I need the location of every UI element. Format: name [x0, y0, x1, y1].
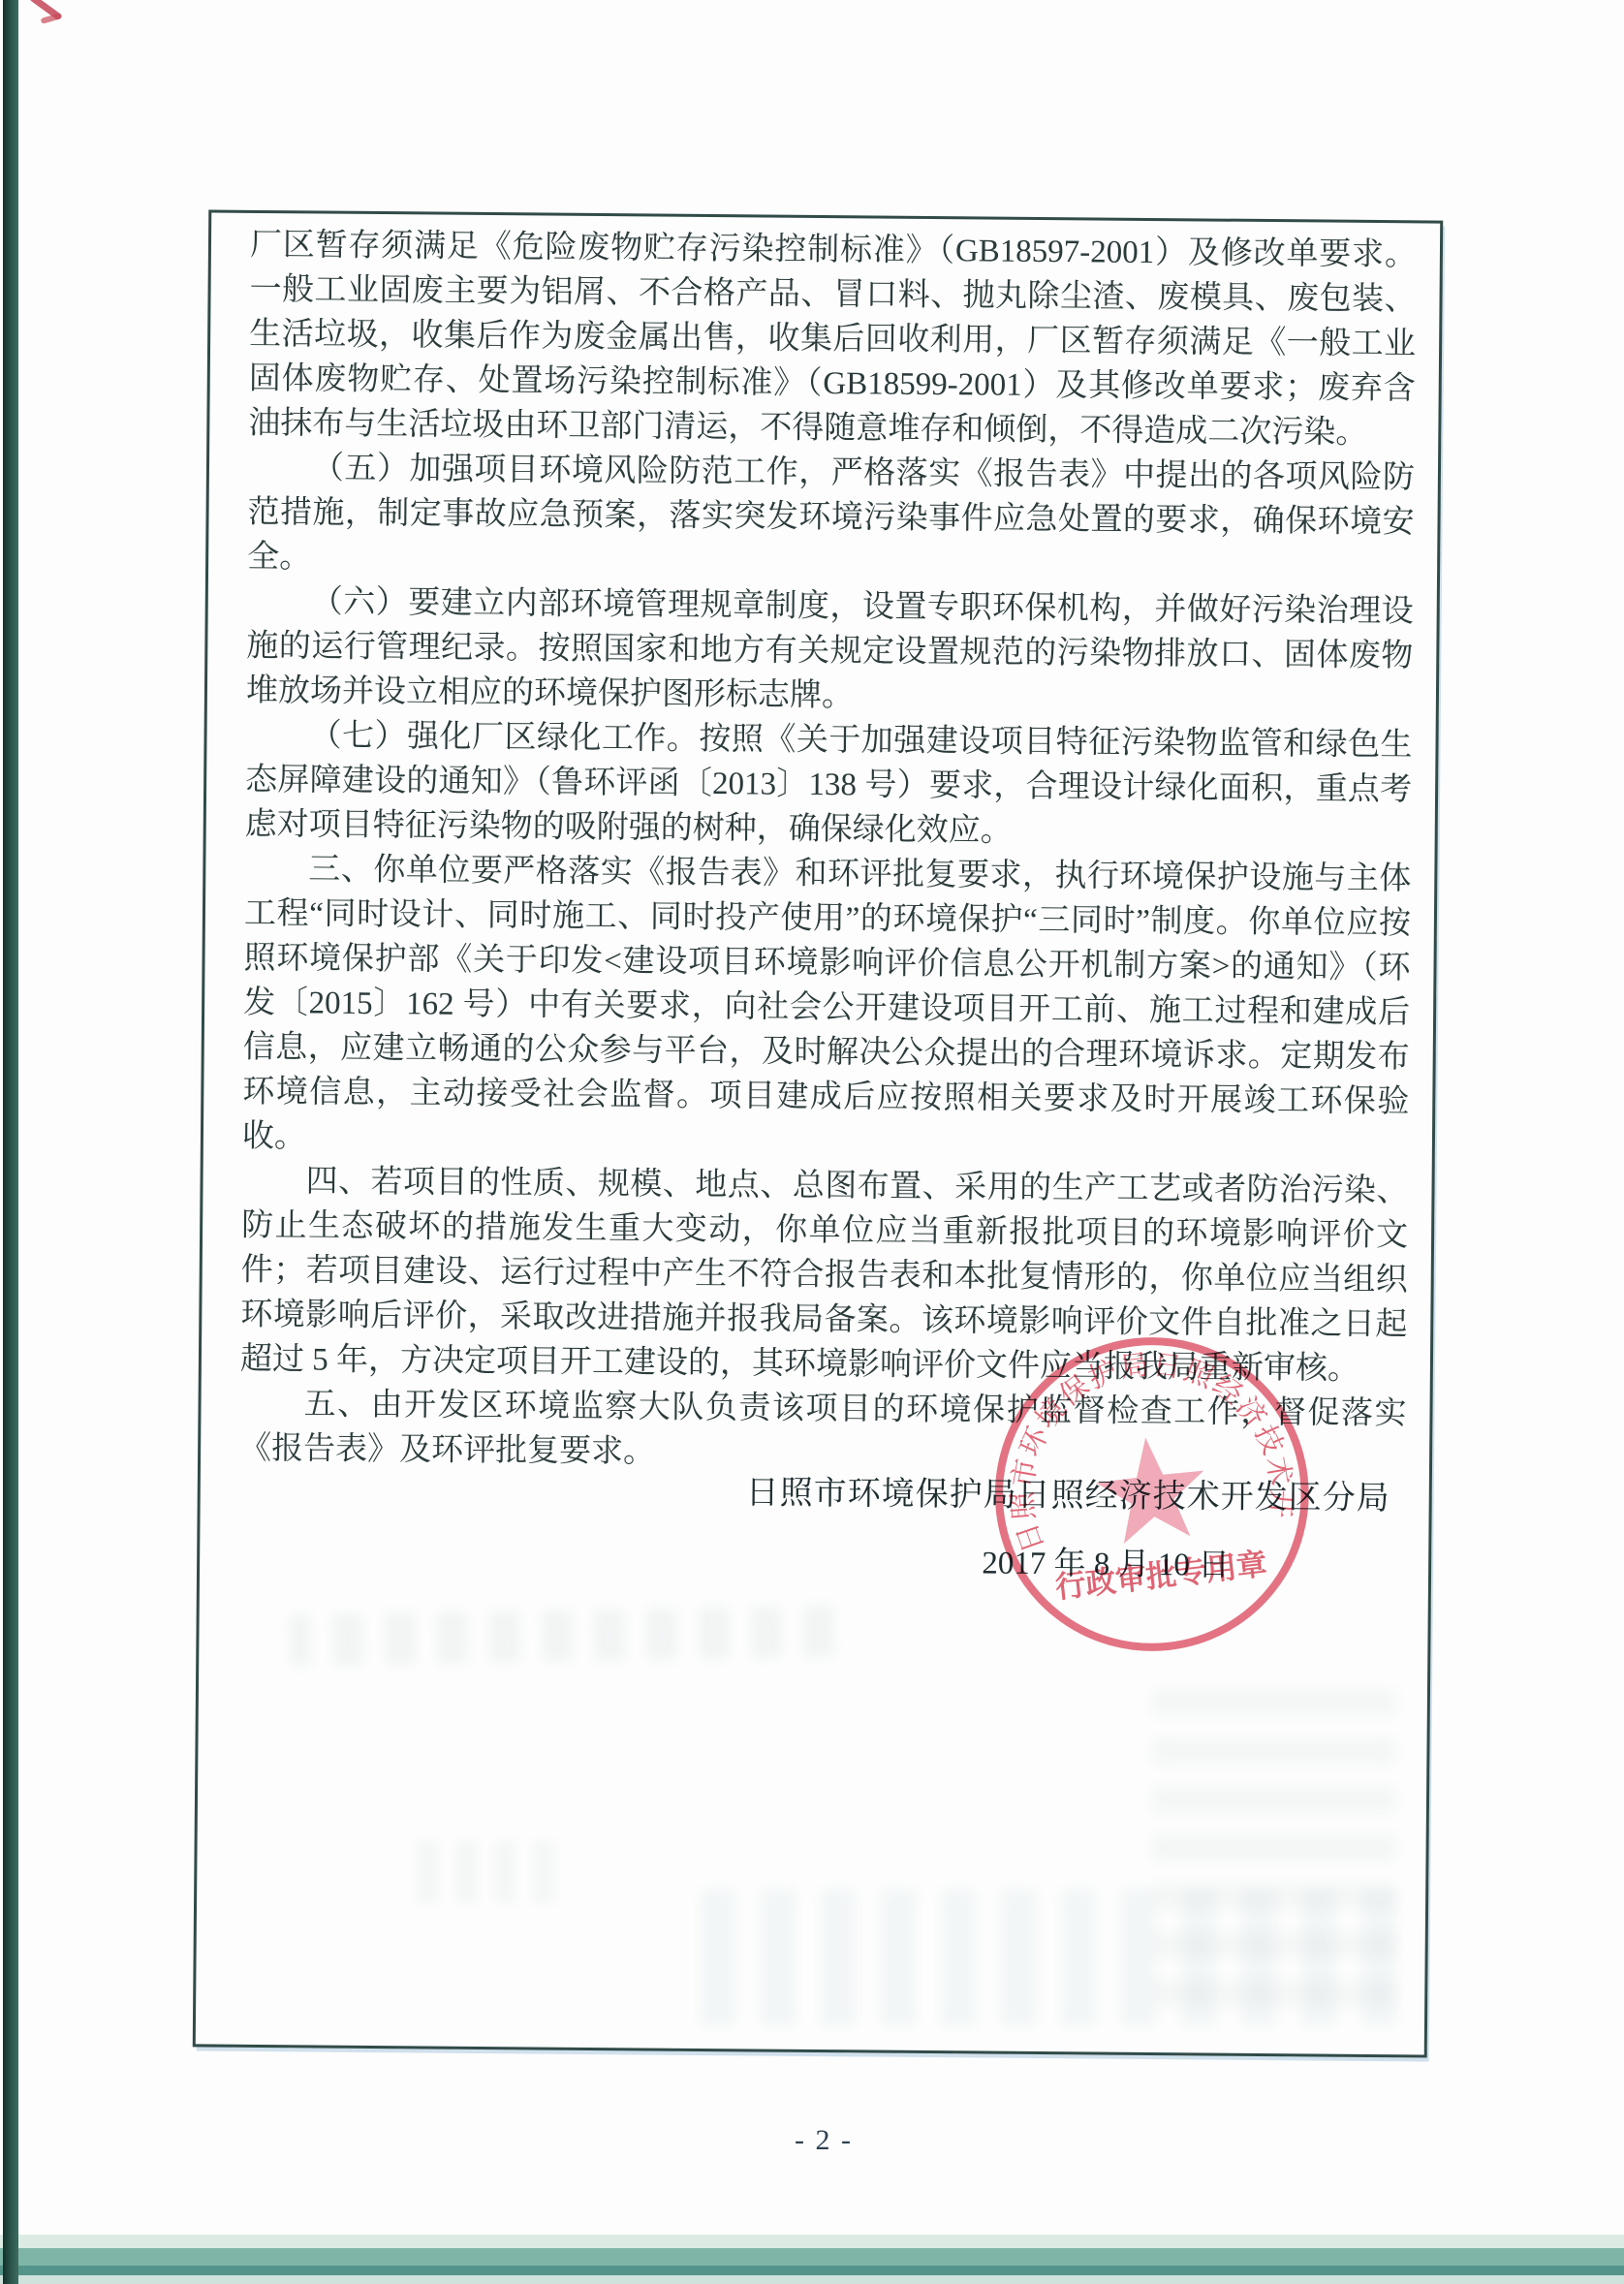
scan-edge-bottom-band [0, 2266, 1624, 2275]
scan-edge-bottom-band [0, 2248, 1624, 2266]
scan-edge-bottom-band [0, 2235, 1624, 2248]
stamp-star [1092, 1431, 1211, 1546]
scan-edge-left-band [3, 0, 18, 2284]
page-number: - 2 - [756, 2124, 891, 2157]
paragraph: （七）强化厂区绿化工作。按照《关于加强建设项目特征污染物监管和绿色生态屏障建设的… [245, 713, 1413, 858]
paragraph: （五）加强项目环境风险防范工作，严格落实《报告表》中提出的各项风险防范措施，制定… [247, 446, 1415, 590]
scanned-document-page: 厂区暂存须满足《危险废物贮存污染控制标准》（GB18597-2001）及修改单要… [0, 0, 1624, 2284]
official-stamp: 日照市环境保护局日照经济技术开发区 行政审批专用章 [968, 1318, 1337, 1687]
paragraph: 三、你单位要严格落实《报告表》和环评批复要求，执行环境保护设施与主体工程“同时设… [242, 847, 1412, 1169]
paragraph: 厂区暂存须满足《危险废物贮存污染控制标准》（GB18597-2001）及修改单要… [248, 223, 1417, 455]
paragraph: （六）要建立内部环境管理规章制度，设置专职环保机构，并做好污染治理设施的运行管理… [246, 579, 1414, 724]
stamp-banner-text: 行政审批专用章 [1053, 1546, 1268, 1605]
scan-edge-bottom-band [0, 2275, 1624, 2284]
document-border-frame: 厂区暂存须满足《危险废物贮存污染控制标准》（GB18597-2001）及修改单要… [193, 209, 1443, 2057]
pen-mark [41, 13, 63, 24]
document-text-block: 厂区暂存须满足《危险废物贮存污染控制标准》（GB18597-2001）及修改单要… [239, 223, 1417, 1481]
